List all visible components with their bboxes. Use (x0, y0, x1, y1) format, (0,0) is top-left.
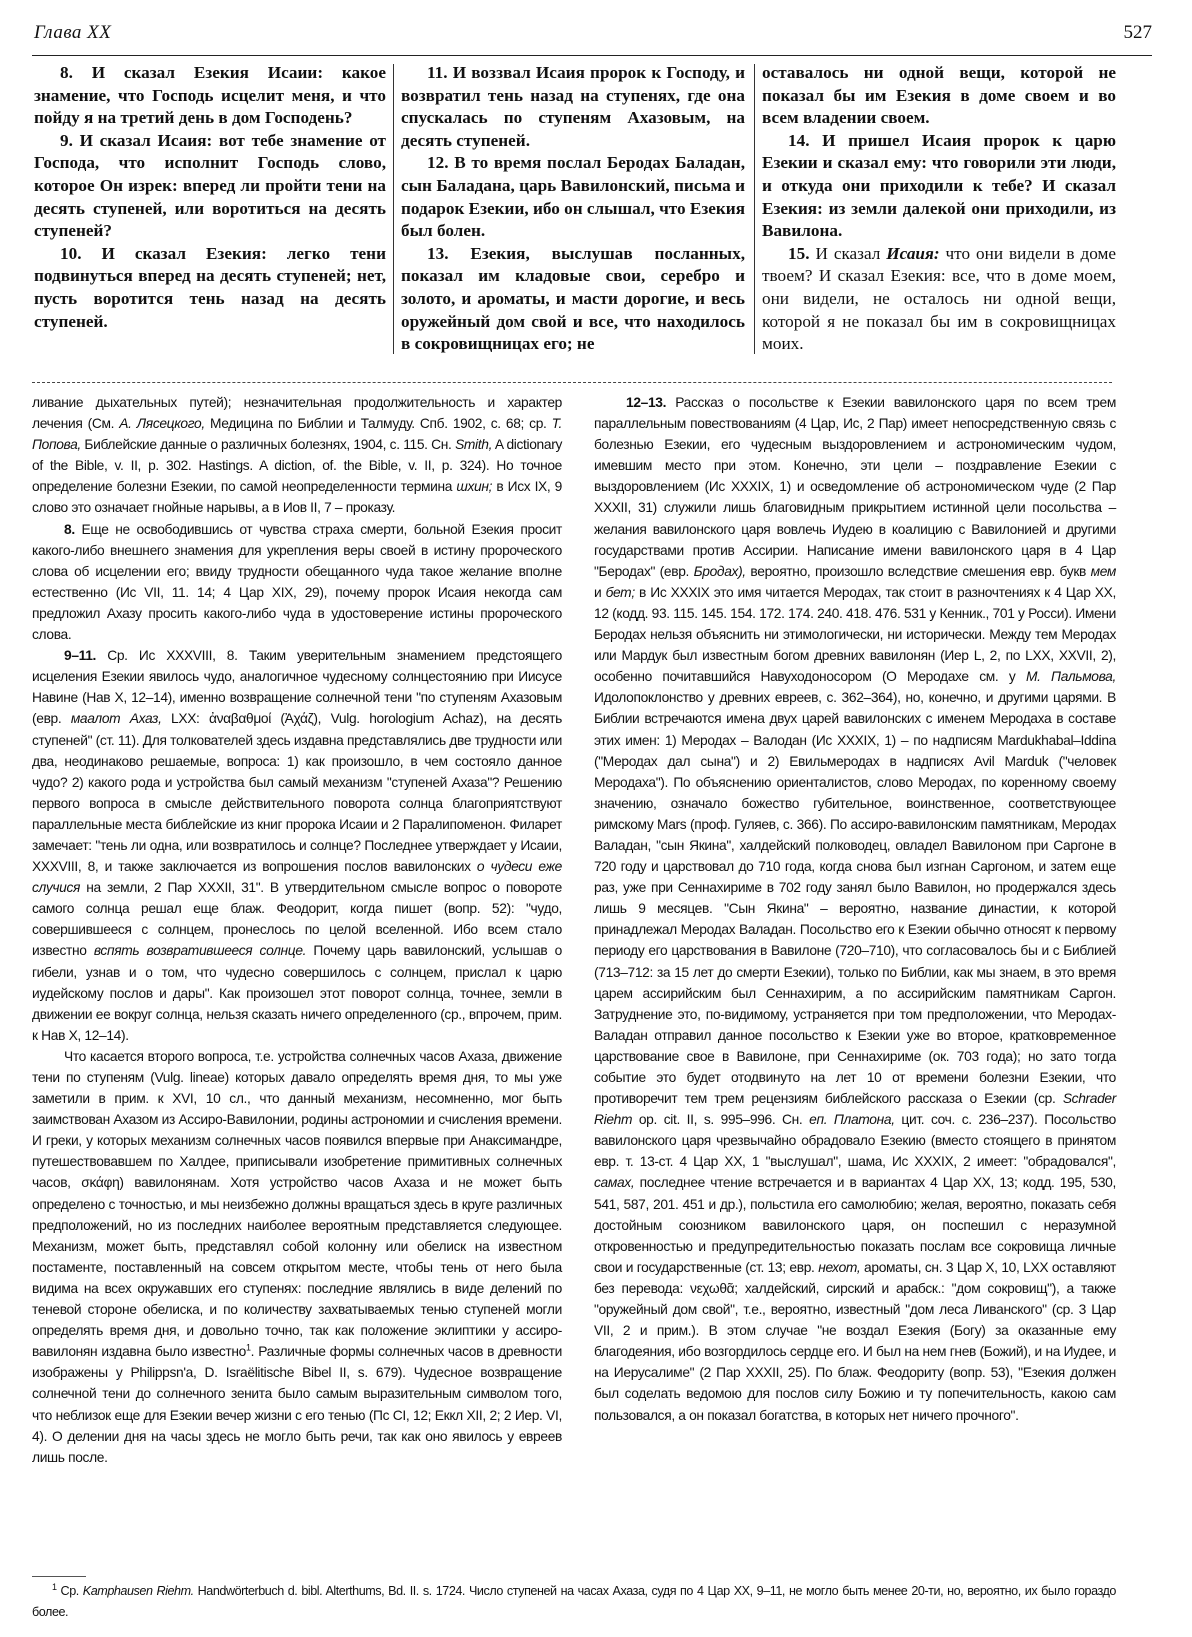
verse-text: Езекия, выслушав посланных, показал им к… (401, 244, 745, 353)
author-name: еп. Платона, (809, 1112, 895, 1127)
verse-text: И сказал Езекия Исаии: какое знамение, ч… (34, 63, 386, 127)
text: Рассказ о посольстве к Езекии вавилонско… (594, 395, 1116, 579)
verse-13: 13. Езекия, выслушав посланных, показал … (401, 243, 745, 356)
text: и (594, 585, 606, 600)
text: . Различные формы солнечных часов в древ… (32, 1344, 562, 1464)
verse-13-continued: оставалось ни одной вещи, которой не пок… (762, 62, 1116, 130)
verse-text: И воззвал Исаия пророк к Господу, и возв… (401, 63, 745, 150)
verse-number: 13. (427, 244, 448, 263)
scripture-column-3: оставалось ни одной вещи, которой не пок… (762, 62, 1116, 356)
text: Ср. (57, 1584, 83, 1598)
verse-text: И сказал (809, 244, 886, 263)
hebrew-term: нехот, (818, 1260, 860, 1275)
hebrew-term: маалот Ахаз, (71, 711, 162, 726)
text: Handwörterbuch d. bibl. Alterthums, Bd. … (32, 1584, 1116, 1619)
hebrew-term: шхин; (456, 479, 492, 494)
author-name: Kamphausen Riehm. (83, 1584, 194, 1598)
verse-14: 14. И пришел Исаия пророк к царю Езекии … (762, 130, 1116, 243)
page-number: 527 (1124, 22, 1153, 44)
scripture-column-1: 8. И сказал Езекия Исаии: какое знамение… (34, 62, 386, 333)
running-head: Глава XX 527 (32, 22, 1152, 52)
scripture-column-2: 11. И воззвал Исаия пророк к Господу, и … (401, 62, 745, 356)
text: Еще не освободившись от чувства страха с… (32, 522, 562, 642)
footnote-text: 1 Ср. Kamphausen Riehm. Handwörterbuch d… (32, 1581, 1116, 1623)
column-divider (393, 64, 394, 354)
text: Медицина по Библии и Талмуду. Спб. 1902,… (205, 416, 552, 431)
commentary-column-right: 12–13. Рассказ о посольстве к Езекии вав… (594, 392, 1116, 1426)
verse-number: 12. (427, 153, 448, 172)
verse-11: 11. И воззвал Исаия пророк к Господу, и … (401, 62, 745, 152)
verse-text: И сказал Исаия: вот тебе знамение от Гос… (34, 131, 386, 240)
commentary-paragraph: ливание дыхательных путей); незначительн… (32, 392, 562, 519)
author-name: Smith, (455, 437, 492, 452)
text: Библейские данные о различных болезнях, … (81, 437, 455, 452)
verse-text-italic: Исаия: (886, 244, 939, 263)
verse-15: 15. И сказал Исаия: что они видели в дом… (762, 243, 1116, 356)
commentary-paragraph: 8. Еще не освободившись от чувства страх… (32, 519, 562, 646)
hebrew-term: Бродах), (694, 564, 746, 579)
hebrew-term: самах, (594, 1175, 634, 1190)
verse-reference: 9–11. (64, 648, 96, 663)
verse-number: 14. (788, 131, 809, 150)
author-name: А. Лясецкого, (119, 416, 205, 431)
text: Идолопоклонство у древних евреев, с. 362… (594, 690, 1116, 1106)
verse-text: И сказал Езекия: легко тени подвинуться … (34, 244, 386, 331)
verse-8: 8. И сказал Езекия Исаии: какое знамение… (34, 62, 386, 130)
verse-text: В то время послал Беродах Баладан, сын Б… (401, 153, 745, 240)
commentary-paragraph: 12–13. Рассказ о посольстве к Езекии вав… (594, 392, 1116, 1426)
quotation: вспять возвратившееся солнце. (94, 943, 306, 958)
commentary-paragraph: Что касается второго вопроса, т.е. устро… (32, 1046, 562, 1468)
verse-number: 8. (60, 63, 73, 82)
verse-9: 9. И сказал Исаия: вот тебе знамение от … (34, 130, 386, 243)
verse-text: И пришел Исаия пророк к царю Езекии и ск… (762, 131, 1116, 240)
footnote: 1 Ср. Kamphausen Riehm. Handwörterbuch d… (32, 1581, 1116, 1623)
scripture-text-block: 8. И сказал Езекия Исаии: какое знамение… (32, 62, 1152, 362)
text: LXX: ἀναβαθμοί (Ἀχάζ), Vulg. horologium … (32, 711, 562, 874)
header-rule (32, 55, 1152, 56)
text: op. cit. II, s. 995–996. Сн. (632, 1112, 809, 1127)
section-rule (32, 382, 1112, 383)
verse-reference: 12–13. (626, 395, 666, 410)
column-divider (754, 64, 755, 354)
text: Что касается второго вопроса, т.е. устро… (32, 1049, 562, 1359)
chapter-title: Глава XX (34, 22, 111, 44)
verse-number: 11. (427, 63, 448, 82)
verse-12: 12. В то время послал Беродах Баладан, с… (401, 152, 745, 242)
verse-number: 9. (60, 131, 73, 150)
text: ароматы, сн. 3 Цар X, 10, LXX оставляют … (594, 1260, 1116, 1423)
hebrew-term: мем (1091, 564, 1116, 579)
text: вероятно, произошло вследствие смешения … (746, 564, 1091, 579)
verse-number: 15. (788, 244, 809, 263)
author-name: М. Пальмова, (1026, 669, 1116, 684)
commentary-paragraph: 9–11. Ср. Ис XXXVIII, 8. Таким уверитель… (32, 645, 562, 1046)
footnote-rule (32, 1576, 86, 1577)
commentary-column-left: ливание дыхательных путей); незначительн… (32, 392, 562, 1468)
verse-number: 10. (60, 244, 81, 263)
verse-reference: 8. (64, 522, 75, 537)
hebrew-term: бет; (606, 585, 635, 600)
verse-10: 10. И сказал Езекия: легко тени подвинут… (34, 243, 386, 333)
